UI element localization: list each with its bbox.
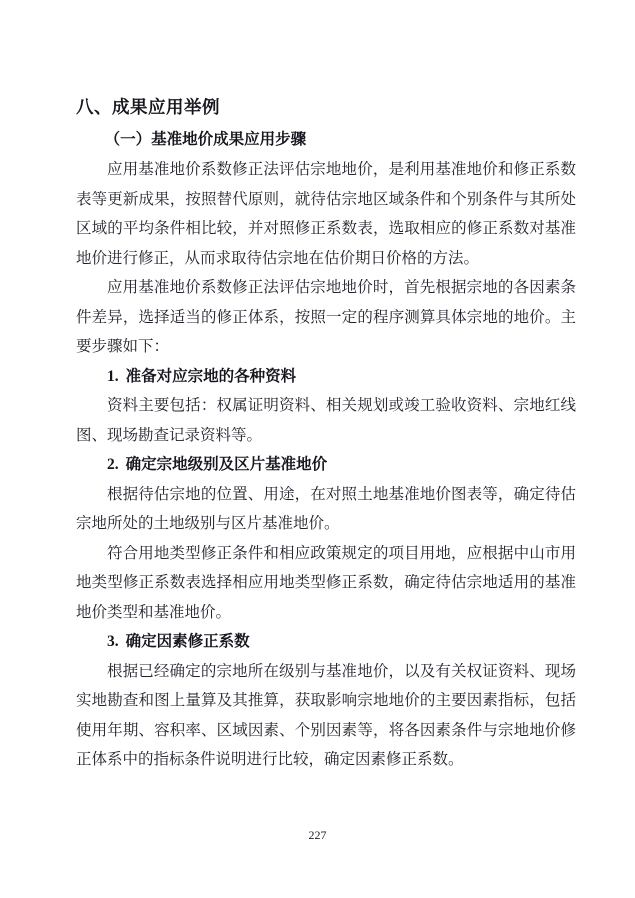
step-number: 3. [107, 633, 119, 650]
document-page: 八、成果应用举例 （一）基准地价成果应用步骤 应用基准地价系数修正法评估宗地地价… [0, 0, 635, 898]
step-number: 2. [107, 456, 119, 473]
step2-paragraph-2: 符合用地类型修正条件和相应政策规定的项目用地，应根据中山市用地类型修正系数表选择… [76, 539, 576, 628]
chapter-title: 八、成果应用举例 [76, 89, 576, 125]
document-body: 八、成果应用举例 （一）基准地价成果应用步骤 应用基准地价系数修正法评估宗地地价… [76, 89, 576, 775]
step-heading-3: 3.确定因素修正系数 [76, 627, 576, 657]
step-heading-2: 2.确定宗地级别及区片基准地价 [76, 450, 576, 480]
step2-paragraph-1: 根据待估宗地的位置、用途，在对照土地基准地价图表等，确定待估宗地所处的土地级别与… [76, 480, 576, 539]
step-title: 确定因素修正系数 [126, 633, 250, 650]
step1-paragraph-1: 资料主要包括：权属证明资料、相关规划或竣工验收资料、宗地红线图、现场勘查记录资料… [76, 391, 576, 450]
step-heading-1: 1.准备对应宗地的各种资料 [76, 362, 576, 392]
page-number: 227 [0, 827, 635, 843]
step-number: 1. [107, 368, 119, 385]
step3-paragraph-1: 根据已经确定的宗地所在级别与基准地价，以及有关权证资料、现场实地勘查和图上量算及… [76, 657, 576, 775]
section-heading: （一）基准地价成果应用步骤 [76, 125, 576, 155]
intro-paragraph-2: 应用基准地价系数修正法评估宗地地价时，首先根据宗地的各因素条件差异，选择适当的修… [76, 273, 576, 362]
step-title: 准备对应宗地的各种资料 [126, 368, 297, 385]
intro-paragraph-1: 应用基准地价系数修正法评估宗地地价，是利用基准地价和修正系数表等更新成果，按照替… [76, 155, 576, 273]
step-title: 确定宗地级别及区片基准地价 [126, 456, 328, 473]
